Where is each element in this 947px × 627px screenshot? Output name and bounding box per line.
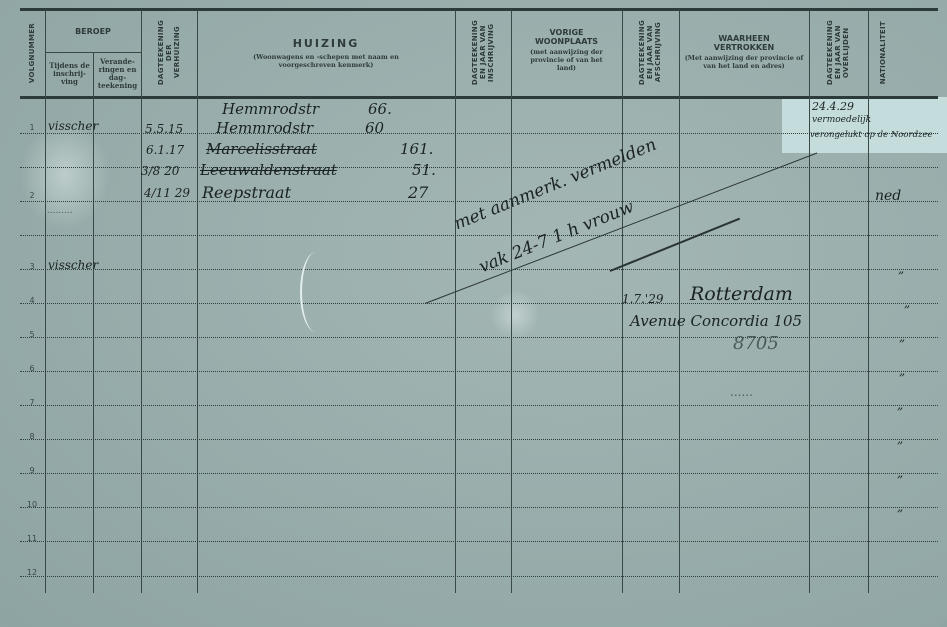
header-vorige-woonplaats: VORIGE WOONPLAATS (met aanwijzing der pr… [511, 25, 622, 75]
faint-signature: ...... [730, 385, 753, 399]
huizing-date-2: 5.5.15 [145, 122, 183, 136]
row-number: 4 [22, 296, 42, 305]
huizing-number-4: 51. [412, 161, 436, 179]
nationaliteit-ditto: „ [899, 330, 905, 344]
header-afschrijving: DAGTEEKENING EN JAAR VAN AFSCHRIJVING [622, 12, 679, 94]
header-vorige-subtitle: (met aanwijzing der provincie of van het… [521, 49, 613, 72]
header-verhuizing-label: DAGTEEKENING DER VERHUIZING [157, 20, 181, 85]
header-inschrijving-label: DAGTEEKENING EN JAAR VAN INSCHRIJVING [471, 20, 495, 85]
col-line [679, 10, 680, 593]
header-tijdens-label: Tijdens de inschrij- ving [48, 62, 91, 86]
row-number: 11 [22, 534, 42, 543]
beroep-faint-mark: .......... [44, 206, 73, 216]
col-line [141, 10, 142, 593]
beroep-entry-1: visscher [48, 119, 98, 133]
nationaliteit-ditto: „ [898, 262, 904, 276]
col-line [455, 10, 456, 593]
header-volgnummer-label: VOLGNUMMER [28, 23, 36, 83]
header-volgnummer: VOLGNUMMER [20, 12, 45, 94]
row-divider [20, 473, 938, 474]
header-bottom-border [20, 96, 938, 99]
header-top-border [20, 8, 938, 11]
header-huizing: HUIZING (Woonwagens en -schepen met naam… [197, 28, 455, 78]
row-divider [20, 439, 938, 440]
header-beroep-veranderingen: Verande- ringen en dag- teekening [94, 54, 141, 94]
row-divider [20, 541, 938, 542]
header-nationaliteit: NATIONALITEIT [868, 12, 898, 94]
row-divider [20, 337, 938, 338]
diagonal-note-1: met aanmerk. vermelden [451, 135, 659, 235]
row-number: 10 [22, 500, 42, 509]
beroep-entry-3: visscher [48, 258, 98, 272]
header-veranderingen-label: Verande- ringen en dag- teekening [96, 58, 139, 90]
huizing-address-5: Reepstraat [202, 183, 291, 202]
col-line [809, 10, 810, 593]
header-inschrijving: DAGTEEKENING EN JAAR VAN INSCHRIJVING [455, 12, 511, 94]
header-vorige-label: VORIGE WOONPLAATS [527, 28, 607, 46]
row-divider [20, 507, 938, 508]
col-line [197, 10, 198, 593]
smudge-mark [490, 290, 540, 340]
nationaliteit-entry-2: ned [875, 188, 901, 204]
huizing-date-3: 6.1.17 [146, 143, 184, 157]
header-waarheen-label: WAARHEEN VERTROKKEN [699, 34, 789, 52]
header-beroep: BEROEP [45, 12, 141, 52]
vertrokken-date: 1.7.'29 [622, 292, 663, 306]
nationaliteit-ditto: „ [897, 500, 903, 514]
col-line [511, 10, 512, 593]
header-huizing-label: HUIZING [293, 37, 360, 50]
huizing-date-4: 3/8 20 [141, 164, 179, 178]
row-divider [20, 235, 938, 236]
header-nationaliteit-label: NATIONALITEIT [879, 21, 887, 84]
huizing-address-4: Leeuwaldenstraat [200, 161, 337, 179]
huizing-address-2: Hemmrodstr [216, 119, 313, 137]
row-number: 8 [22, 432, 42, 441]
overlijden-note-1: vermoedelijk [812, 115, 871, 125]
huizing-number-2: 60 [365, 119, 384, 137]
header-beroep-label: BEROEP [75, 27, 111, 36]
row-divider [20, 371, 938, 372]
row-number: 7 [22, 398, 42, 407]
vertrokken-city: Rotterdam [690, 283, 793, 305]
row-divider [20, 405, 938, 406]
header-waarheen-subtitle: (Met aanwijzing der provincie of van het… [683, 55, 805, 71]
overlijden-note-2: verongelukt op de Noordzee [810, 130, 933, 140]
nationaliteit-ditto: „ [899, 364, 905, 378]
row-number: 3 [22, 262, 42, 271]
huizing-number-1: 66. [368, 100, 392, 118]
row-divider [20, 576, 938, 577]
col-line [45, 10, 46, 593]
row-number: 2 [22, 191, 42, 200]
row-number: 12 [22, 568, 42, 577]
header-dagteekening-verhuizing: DAGTEEKENING DER VERHUIZING [141, 12, 197, 94]
nationaliteit-ditto: „ [897, 432, 903, 446]
huizing-date-5: 4/11 29 [144, 186, 190, 200]
overlijden-date: 24.4.29 [812, 100, 854, 113]
col-line [868, 10, 869, 593]
huizing-address-1: Hemmrodstr [222, 100, 319, 118]
huizing-number-3: 161. [400, 140, 433, 158]
header-beroep-tijdens: Tijdens de inschrij- ving [46, 54, 93, 94]
row-divider [20, 303, 938, 304]
header-waarheen: WAARHEEN VERTROKKEN (Met aanwijzing der … [679, 25, 809, 80]
scratch-mark [300, 252, 332, 332]
vertrokken-address: Avenue Concordia 105 [630, 312, 802, 330]
header-overlijden-label: DAGTEEKENING EN JAAR VAN OVERLIJDEN [826, 20, 850, 85]
vertrokken-code: 8705 [733, 333, 779, 354]
row-divider [20, 269, 938, 270]
header-huizing-subtitle: (Woonwagens en -schepen met naam en voor… [246, 54, 406, 70]
row-number: 1 [22, 123, 42, 132]
header-afschrijving-label: DAGTEEKENING EN JAAR VAN AFSCHRIJVING [638, 20, 662, 85]
note-underline [610, 218, 741, 272]
nationaliteit-ditto: „ [897, 466, 903, 480]
huizing-address-3: Marcelisstraat [206, 140, 317, 158]
row-number: 5 [22, 330, 42, 339]
nationaliteit-ditto: „ [904, 296, 910, 310]
huizing-number-5: 27 [408, 183, 428, 202]
registration-card: VOLGNUMMER BEROEP Tijdens de inschrij- v… [0, 0, 947, 627]
row-number: 9 [22, 466, 42, 475]
nationaliteit-ditto: „ [897, 398, 903, 412]
highlighted-overlijden-region [782, 97, 947, 153]
header-overlijden: DAGTEEKENING EN JAAR VAN OVERLIJDEN [809, 12, 868, 94]
row-divider [20, 201, 938, 202]
row-number: 6 [22, 364, 42, 373]
